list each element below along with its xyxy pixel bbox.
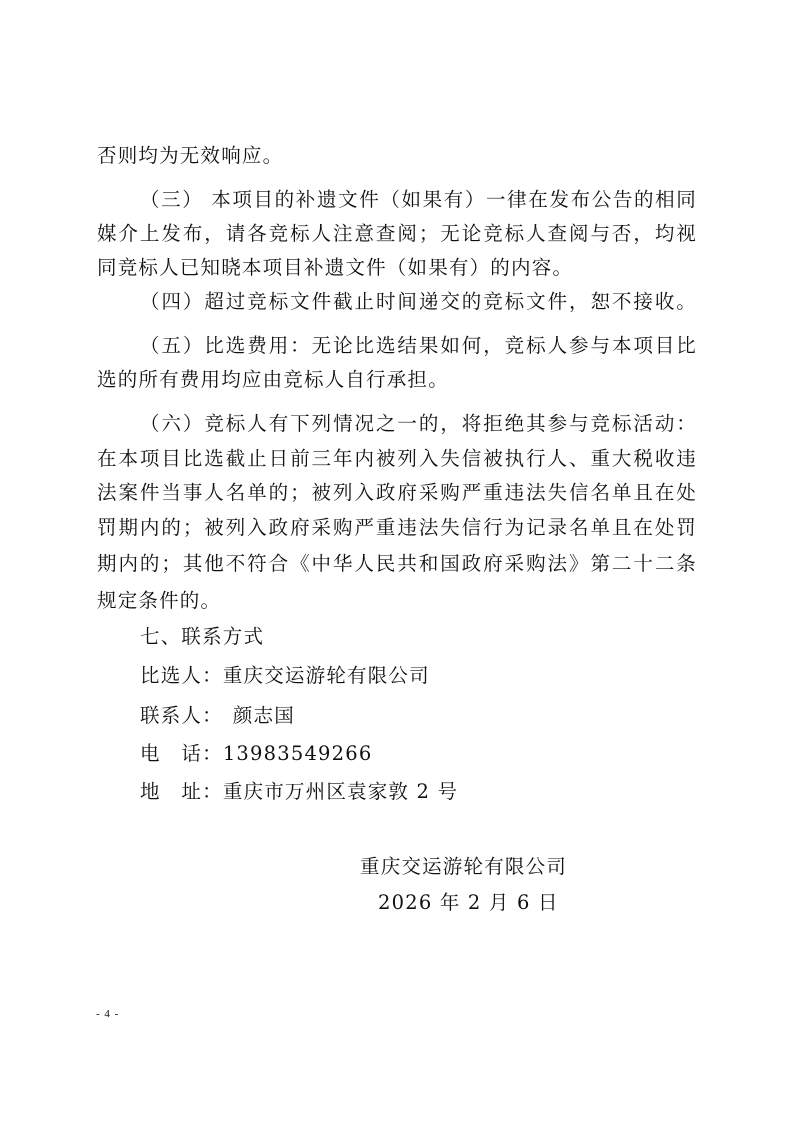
phone-value: 13983549266 — [223, 742, 373, 765]
selector-label: 比选人： — [140, 664, 223, 687]
paragraph-line: （六）竞标人有下列情况之一的，将拒绝其参与竞标活动： — [140, 412, 697, 436]
signature-company: 重庆交运游轮有限公司 — [360, 855, 567, 879]
address-value: 重庆市万州区袁家敦 2 号 — [223, 780, 458, 803]
paragraph-line: 规定条件的。 — [97, 589, 221, 613]
phone-label: 电 话： — [140, 742, 223, 765]
section-heading: 七、联系方式 — [140, 625, 264, 649]
address-row: 地 址：重庆市万州区袁家敦 2 号 — [140, 780, 458, 804]
contact-person-label: 联系人： — [140, 704, 223, 727]
paragraph-line: （五）比选费用：无论比选结果如何，竞标人参与本项目比 — [140, 334, 697, 358]
paragraph-line: 同竞标人已知晓本项目补遗文件（如果有）的内容。 — [97, 256, 573, 280]
paragraph-line: 法案件当事人名单的；被列入政府采购严重违法失信名单且在处 — [97, 481, 697, 505]
paragraph-line: 期内的；其他不符合《中华人民共和国政府采购法》第二十二条 — [97, 552, 697, 576]
page-number: - 4 - — [96, 1008, 119, 1020]
address-label: 地 址： — [140, 780, 223, 803]
paragraph-line: （三） 本项目的补遗文件（如果有）一律在发布公告的相同 — [140, 188, 697, 212]
contact-person-value: 颜志国 — [233, 704, 295, 727]
paragraph-line: 罚期内的；被列入政府采购严重违法失信行为记录名单且在处罚 — [97, 516, 697, 540]
phone-row: 电 话：13983549266 — [140, 742, 372, 766]
paragraph-line: 选的所有费用均应由竞标人自行承担。 — [97, 368, 449, 392]
contact-selector-row: 比选人：重庆交运游轮有限公司 — [140, 664, 430, 688]
paragraph-line: 在本项目比选截止日前三年内被列入失信被执行人、重大税收违 — [97, 447, 697, 471]
signature-date: 2026 年 2 月 6 日 — [378, 891, 559, 915]
contact-person-row: 联系人：颜志国 — [140, 704, 295, 728]
paragraph-line: 媒介上发布，请各竞标人注意查阅；无论竞标人查阅与否，均视 — [97, 222, 697, 246]
selector-value: 重庆交运游轮有限公司 — [223, 664, 430, 687]
paragraph-line: 否则均为无效响应。 — [97, 144, 283, 168]
document-page: 否则均为无效响应。 （三） 本项目的补遗文件（如果有）一律在发布公告的相同 媒介… — [0, 0, 793, 1122]
paragraph-line: （四）超过竞标文件截止时间递交的竞标文件，恕不接收。 — [140, 290, 697, 314]
